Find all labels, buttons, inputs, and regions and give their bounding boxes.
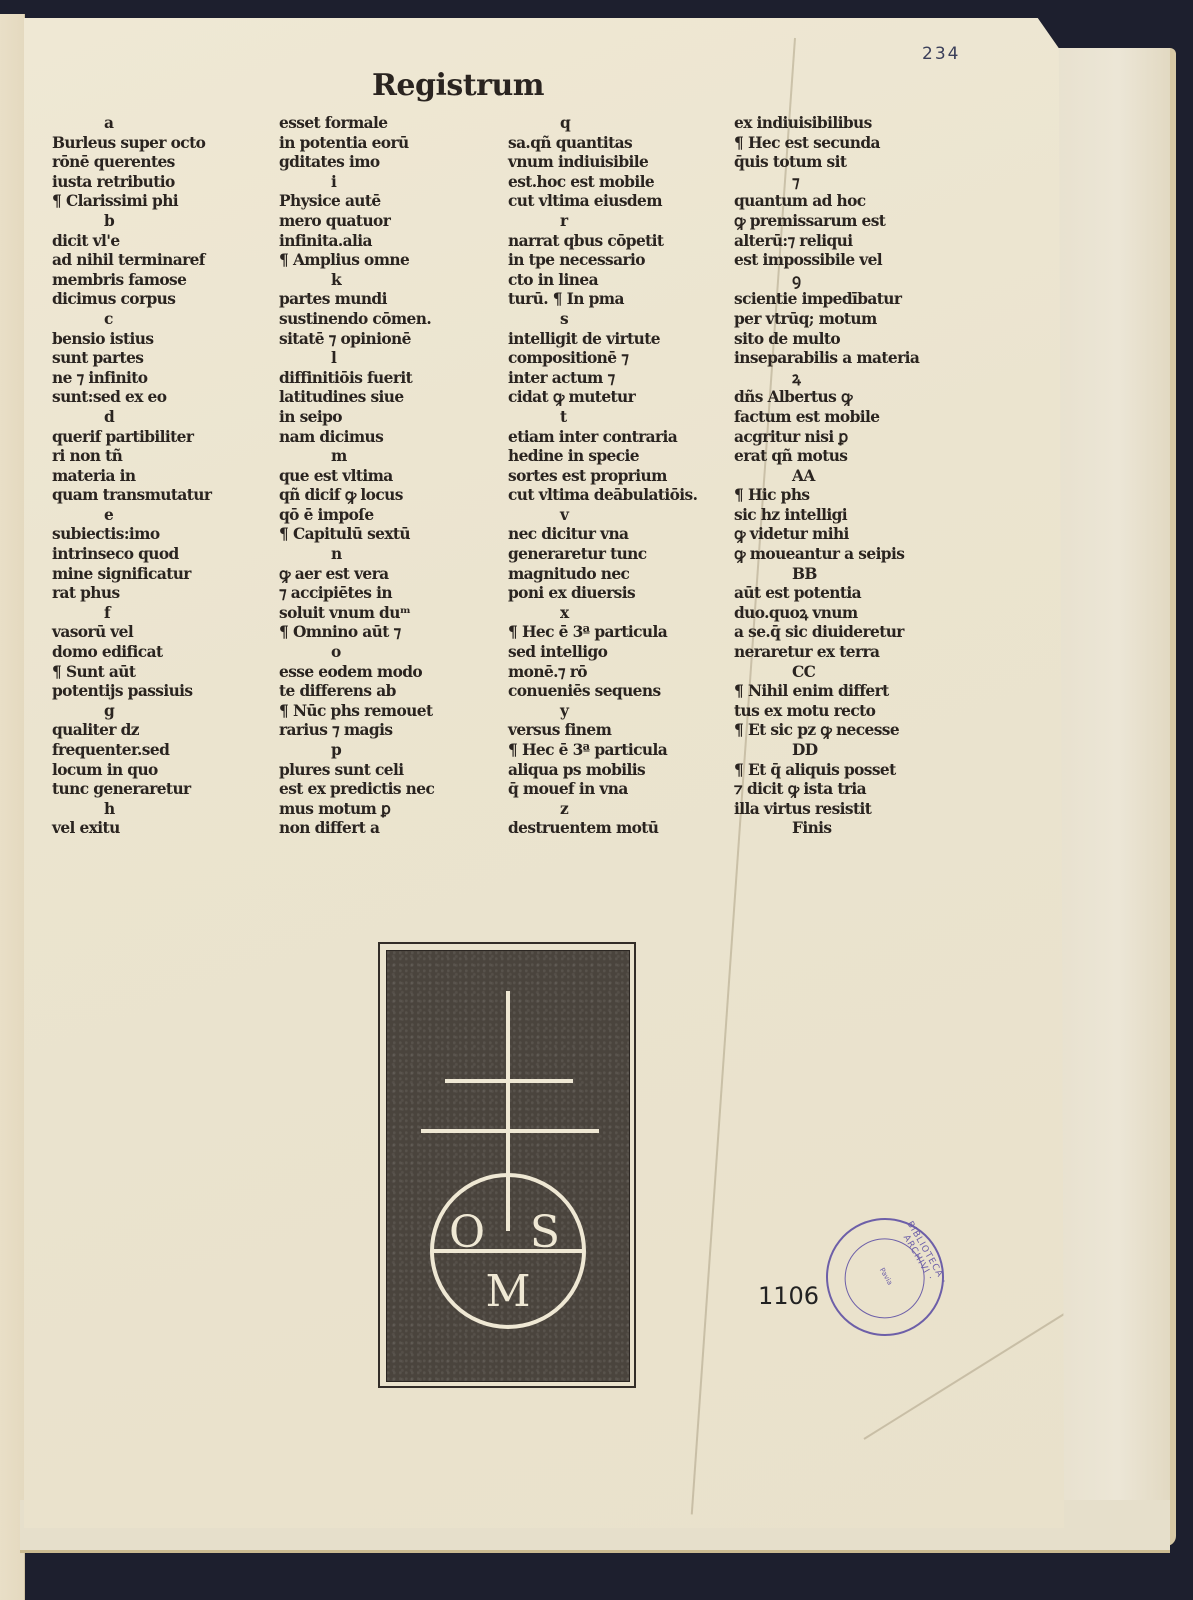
signature-mark: ⁊ xyxy=(734,173,954,193)
register-line: vasorū vel xyxy=(52,623,272,643)
register-line: in potentia eorū xyxy=(279,134,499,154)
register-line: ex indiuisibilibus xyxy=(734,114,954,134)
register-line: quam transmutatur xyxy=(52,486,272,506)
register-line: ꝙ premissarum est xyxy=(734,212,954,232)
register-line: querif partibiliter xyxy=(52,428,272,448)
register-column-3: qsa.qñ quantitasvnum indiuisibileest.hoc… xyxy=(508,114,728,839)
register-line: locum in quo xyxy=(52,761,272,781)
signature-mark: ꝝ xyxy=(734,369,954,389)
register-line: ¶ Et sic pz ꝙ necesse xyxy=(734,721,954,741)
register-line: sortes est proprium xyxy=(508,467,728,487)
signature-mark: x xyxy=(508,604,728,624)
woodcut-background: O S M xyxy=(386,950,630,1382)
register-line: mine significatur xyxy=(52,565,272,585)
cross-orb-mark-icon: O S M xyxy=(387,951,629,1381)
register-line: hedine in specie xyxy=(508,447,728,467)
device-letter-m: M xyxy=(485,1266,530,1317)
signature-mark: d xyxy=(52,408,272,428)
register-line: turū. ¶ In pma xyxy=(508,290,728,310)
register-line: ¶ Capitulū sextū xyxy=(279,525,499,545)
register-line: potentijs passiuis xyxy=(52,682,272,702)
register-line: in tpe necessario xyxy=(508,251,728,271)
register-line: scientie impedībatur xyxy=(734,290,954,310)
signature-mark: g xyxy=(52,702,272,722)
register-line: partes mundi xyxy=(279,290,499,310)
register-line: rarius ⁊ magis xyxy=(279,721,499,741)
register-line: sunt partes xyxy=(52,349,272,369)
register-line: sitatē ⁊ opinionē xyxy=(279,330,499,350)
register-column-1: aBurleus super octorōnē querentesiusta r… xyxy=(52,114,272,839)
register-line: cut vltima eiusdem xyxy=(508,192,728,212)
signature-mark: l xyxy=(279,349,499,369)
signature-mark: v xyxy=(508,506,728,526)
register-line: qualiter dz xyxy=(52,721,272,741)
device-letter-s: S xyxy=(530,1207,560,1258)
register-line: in seipo xyxy=(279,408,499,428)
register-line: ⁊ dicit ꝙ ista tria xyxy=(734,780,954,800)
register-line: soluit vnum duᵐ xyxy=(279,604,499,624)
register-line: compositionē ⁊ xyxy=(508,349,728,369)
register-column-4: ex indiuisibilibus¶ Hec est secundaq̄uis… xyxy=(734,114,954,839)
register-line: q̄ mouef in vna xyxy=(508,780,728,800)
register-line: ¶ Sunt aūt xyxy=(52,663,272,683)
register-line: esset formale xyxy=(279,114,499,134)
register-line: narrat qbus cōpetit xyxy=(508,232,728,252)
register-line: esse eodem modo xyxy=(279,663,499,683)
register-line: ¶ Hec est secunda xyxy=(734,134,954,154)
register-line: monē.⁊ rō xyxy=(508,663,728,683)
shelfmark-number: 1106 xyxy=(758,1282,819,1310)
register-line: etiam inter contraria xyxy=(508,428,728,448)
register-line: quantum ad hoc xyxy=(734,192,954,212)
register-line: inseparabilis a materia xyxy=(734,349,954,369)
register-line: cidat ꝙ mutetur xyxy=(508,388,728,408)
register-line: te differens ab xyxy=(279,682,499,702)
signature-mark: CC xyxy=(734,663,954,683)
signature-mark: c xyxy=(52,310,272,330)
register-line: ¶ Hec ē 3ª particula xyxy=(508,741,728,761)
register-line: sito de multo xyxy=(734,330,954,350)
register-line: sed intelligo xyxy=(508,643,728,663)
register-line: dicit vl'e xyxy=(52,232,272,252)
left-page-edge xyxy=(0,14,25,1600)
register-line: ¶ Clarissimi phi xyxy=(52,192,272,212)
register-line: q̄uis totum sit xyxy=(734,153,954,173)
register-line: ꝙ videtur mihi xyxy=(734,525,954,545)
register-line: non differt a xyxy=(279,819,499,839)
register-line: dicimus corpus xyxy=(52,290,272,310)
register-line: infinita.alia xyxy=(279,232,499,252)
register-line: est impossibile vel xyxy=(734,251,954,271)
register-line: ¶ Omnino aūt ⁊ xyxy=(279,623,499,643)
register-line: aliqua ps mobilis xyxy=(508,761,728,781)
signature-mark: i xyxy=(279,173,499,193)
register-line: bensio istius xyxy=(52,330,272,350)
register-line: cut vltima deābulatiōis. xyxy=(508,486,728,506)
register-line: rat phus xyxy=(52,584,272,604)
register-line: mus motum ꝑ xyxy=(279,800,499,820)
register-line: tunc generaretur xyxy=(52,780,272,800)
register-line: factum est mobile xyxy=(734,408,954,428)
register-line: versus finem xyxy=(508,721,728,741)
register-line: per vtrūq; motum xyxy=(734,310,954,330)
register-line: ¶ Nihil enim differt xyxy=(734,682,954,702)
register-line: destruentem motū xyxy=(508,819,728,839)
register-line: ⁊ accipiētes in xyxy=(279,584,499,604)
register-line: aūt est potentia xyxy=(734,584,954,604)
signature-mark: m xyxy=(279,447,499,467)
register-column-2: esset formalein potentia eorūgditates im… xyxy=(279,114,499,839)
signature-mark: BB xyxy=(734,565,954,585)
signature-mark: f xyxy=(52,604,272,624)
signature-mark: AA xyxy=(734,467,954,487)
register-line: a se.q̄ sic diuideretur xyxy=(734,623,954,643)
signature-mark: t xyxy=(508,408,728,428)
signature-mark: s xyxy=(508,310,728,330)
register-line: subiectis:imo xyxy=(52,525,272,545)
register-line: generaretur tunc xyxy=(508,545,728,565)
printer-device-woodcut: O S M xyxy=(378,942,636,1388)
folio-number: 234 xyxy=(922,44,960,64)
register-line: nam dicimus xyxy=(279,428,499,448)
register-line: neraretur ex terra xyxy=(734,643,954,663)
register-line: sic hz intelligi xyxy=(734,506,954,526)
register-line: est.hoc est mobile xyxy=(508,173,728,193)
register-line: Burleus super octo xyxy=(52,134,272,154)
register-line: est ex predictis nec xyxy=(279,780,499,800)
register-line: alterū:⁊ reliqui xyxy=(734,232,954,252)
register-line: que est vltima xyxy=(279,467,499,487)
register-line: frequenter.sed xyxy=(52,741,272,761)
register-line: ne ⁊ infinito xyxy=(52,369,272,389)
register-line: domo edificat xyxy=(52,643,272,663)
signature-mark: a xyxy=(52,114,272,134)
register-line: gditates imo xyxy=(279,153,499,173)
register-line: inter actum ⁊ xyxy=(508,369,728,389)
signature-mark: ꝯ xyxy=(734,271,954,291)
register-line: ¶ Hec ē 3ª particula xyxy=(508,623,728,643)
signature-mark: b xyxy=(52,212,272,232)
register-line: ¶ Nūc phs remouet xyxy=(279,702,499,722)
signature-mark: o xyxy=(279,643,499,663)
register-line: Physice autē xyxy=(279,192,499,212)
register-line: illa virtus resistit xyxy=(734,800,954,820)
signature-mark: p xyxy=(279,741,499,761)
register-line: ad nihil terminaref xyxy=(52,251,272,271)
register-line: iusta retributio xyxy=(52,173,272,193)
signature-mark: r xyxy=(508,212,728,232)
signature-mark: k xyxy=(279,271,499,291)
register-line: ¶ Hic phs xyxy=(734,486,954,506)
signature-mark: e xyxy=(52,506,272,526)
signature-mark: n xyxy=(279,545,499,565)
register-line: qñ dicif ꝙ locus xyxy=(279,486,499,506)
signature-mark: h xyxy=(52,800,272,820)
register-line: sa.qñ quantitas xyxy=(508,134,728,154)
signature-mark: y xyxy=(508,702,728,722)
register-line: sustinendo cōmen. xyxy=(279,310,499,330)
register-line: cto in linea xyxy=(508,271,728,291)
register-line: intelligit de virtute xyxy=(508,330,728,350)
register-line: materia in xyxy=(52,467,272,487)
register-line: qō ē impoſe xyxy=(279,506,499,526)
signature-mark: DD xyxy=(734,741,954,761)
register-line: nec dicitur vna xyxy=(508,525,728,545)
register-line: erat qñ motus xyxy=(734,447,954,467)
register-line: plures sunt celi xyxy=(279,761,499,781)
register-line: diffinitiōis fuerit xyxy=(279,369,499,389)
register-line: ri non tñ xyxy=(52,447,272,467)
register-line: latitudines siue xyxy=(279,388,499,408)
register-line: sunt:sed ex eo xyxy=(52,388,272,408)
signature-mark: Finis xyxy=(734,819,954,839)
register-line: conueniēs sequens xyxy=(508,682,728,702)
register-line: intrinseco quod xyxy=(52,545,272,565)
register-line: ꝙ aer est vera xyxy=(279,565,499,585)
register-line: rōnē querentes xyxy=(52,153,272,173)
register-line: ¶ Et q̄ aliquis posset xyxy=(734,761,954,781)
register-line: mero quatuor xyxy=(279,212,499,232)
signature-mark: q xyxy=(508,114,728,134)
page-title: Registrum xyxy=(372,68,544,103)
device-letter-o: O xyxy=(449,1207,485,1258)
register-line: ¶ Amplius omne xyxy=(279,251,499,271)
register-line: duo.quoꝝ vnum xyxy=(734,604,954,624)
register-line: tus ex motu recto xyxy=(734,702,954,722)
register-line: vnum indiuisibile xyxy=(508,153,728,173)
register-line: vel exitu xyxy=(52,819,272,839)
register-line: acgritur nisi ꝑ xyxy=(734,428,954,448)
register-line: membris famose xyxy=(52,271,272,291)
signature-mark: z xyxy=(508,800,728,820)
register-line: ꝙ moueantur a seipis xyxy=(734,545,954,565)
register-line: magnitudo nec xyxy=(508,565,728,585)
register-line: dñs Albertus ꝙ xyxy=(734,388,954,408)
register-line: poni ex diuersis xyxy=(508,584,728,604)
